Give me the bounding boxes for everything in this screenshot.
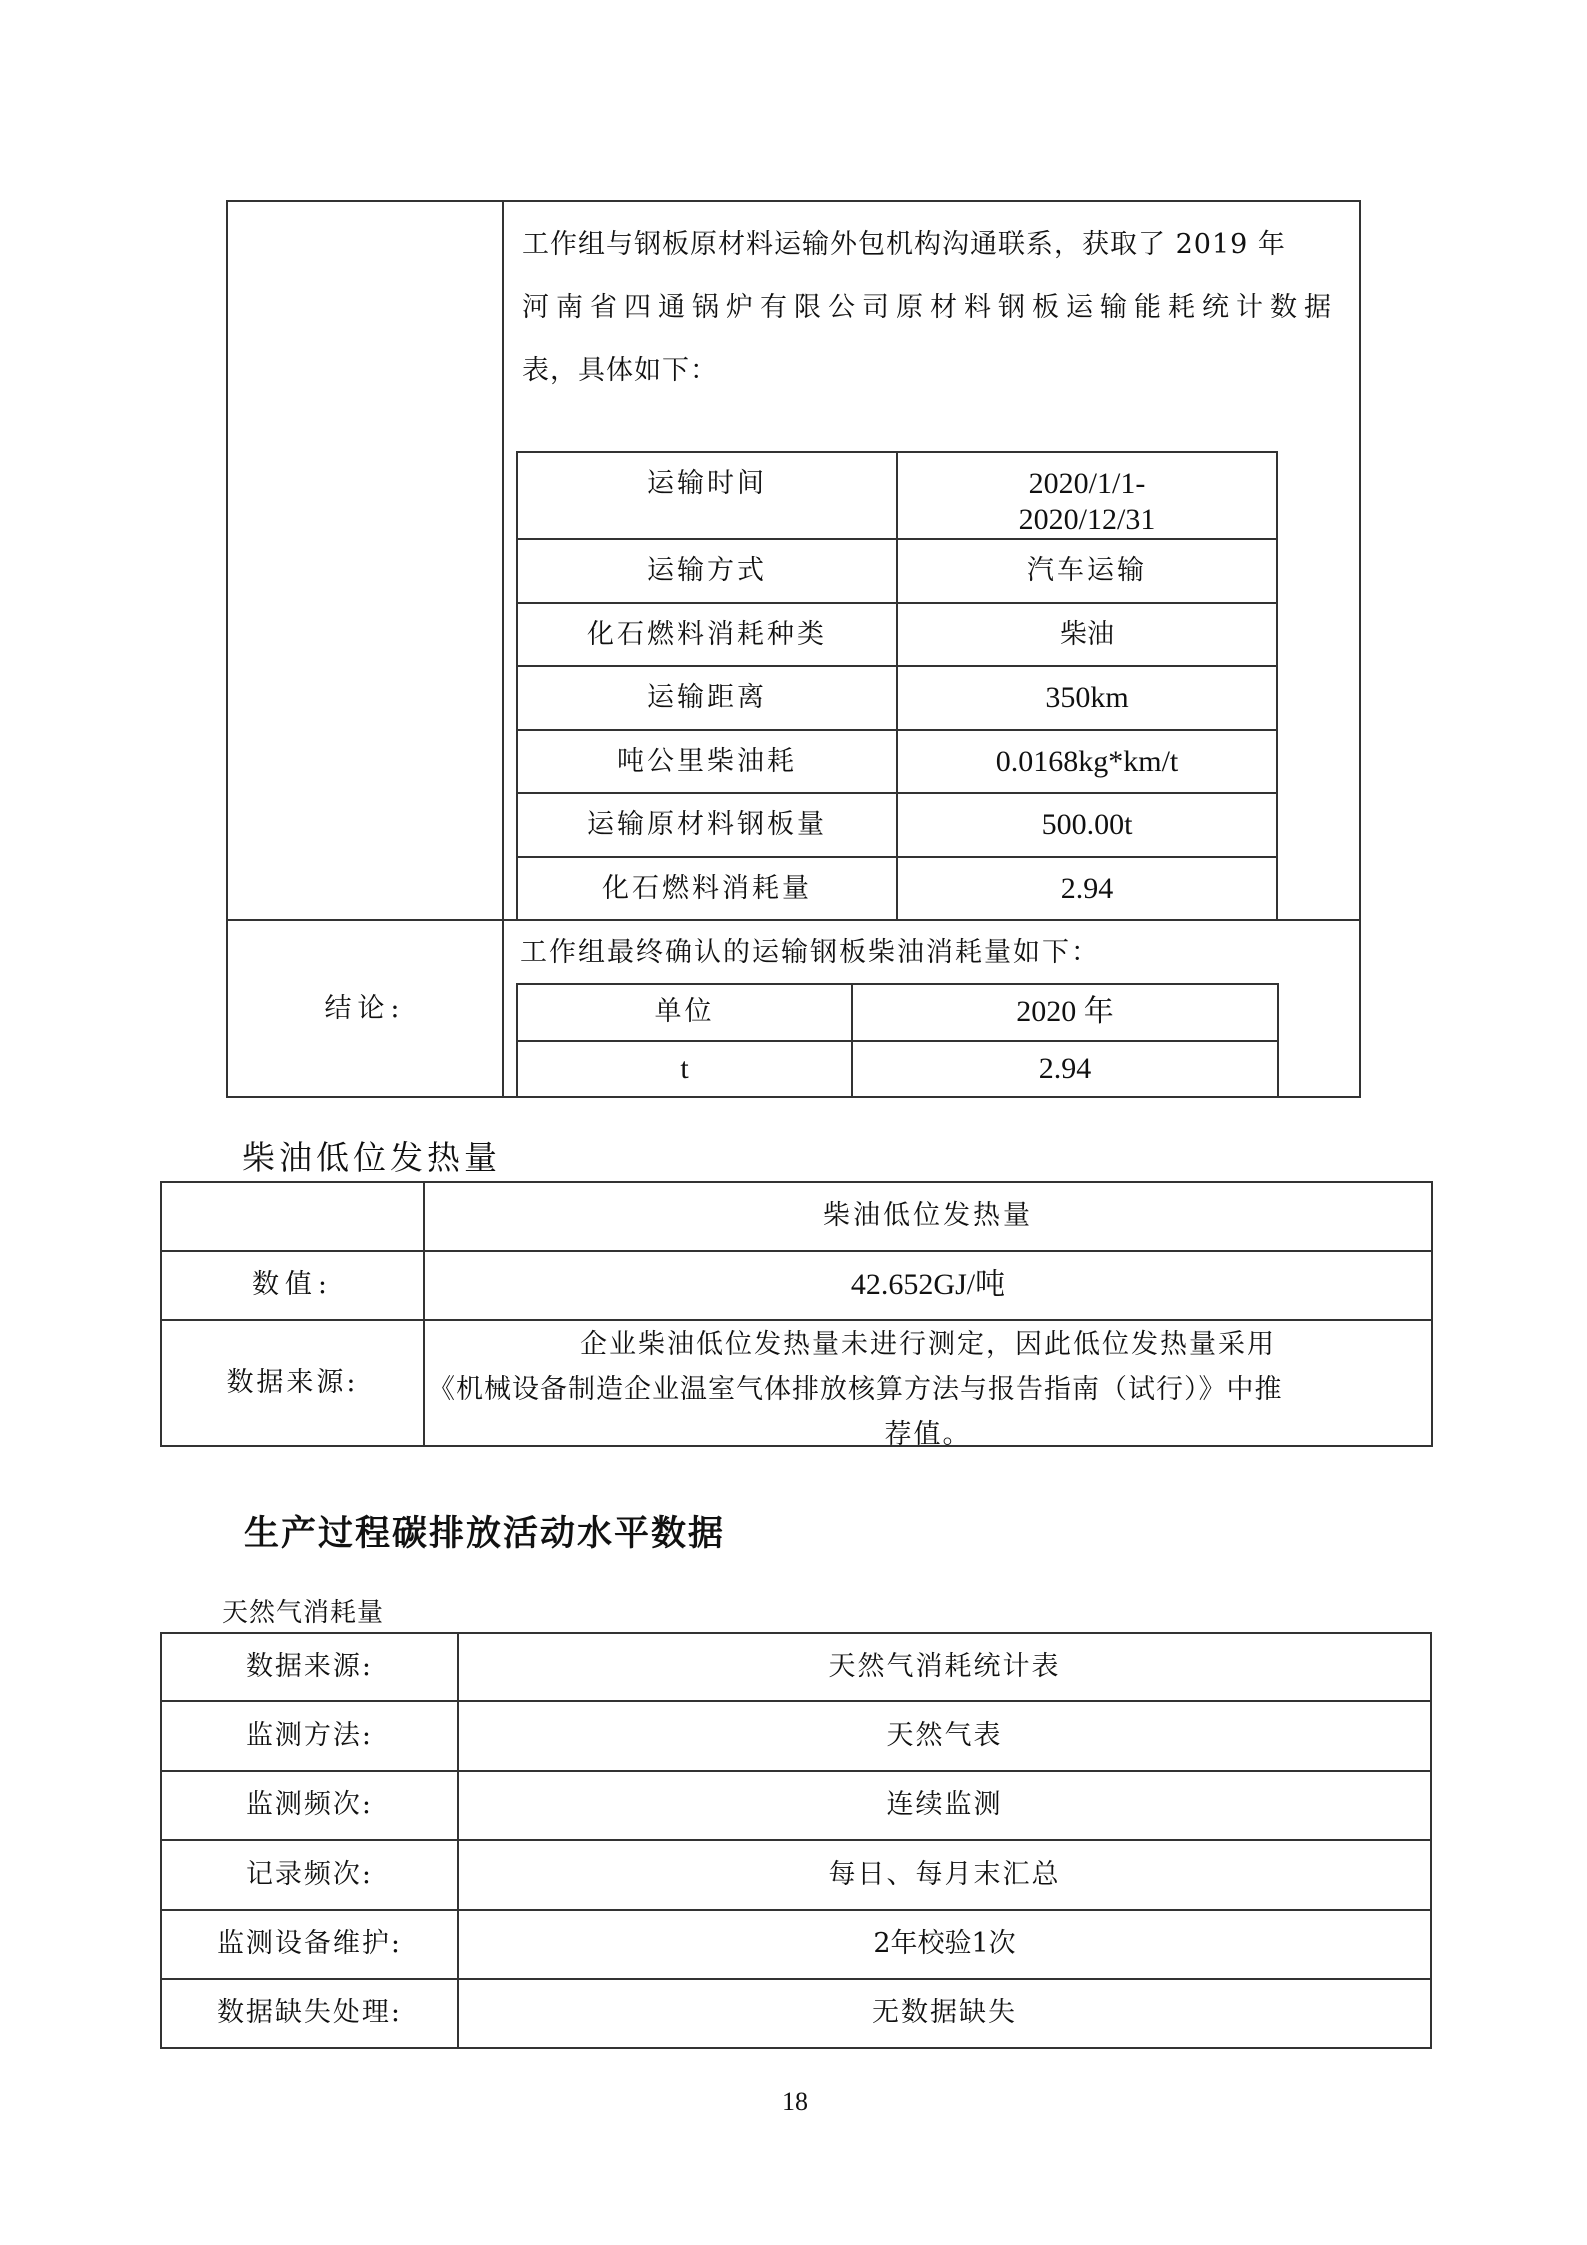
gas-row-label: 数据缺失处理: [161,1979,458,2047]
gas-row-label: 监测方法: [161,1701,458,1770]
gas-row-value: 天然气表 [458,1701,1431,1770]
ncv-source-label: 数据来源: [161,1320,424,1446]
table-row-value: 2020/1/1- 2020/12/31 [897,466,1277,538]
date-range-end: 2020/12/31 [897,502,1277,538]
intro-line: 工作组与钢板原材料运输外包机构沟通联系，获取了 2019 年 [522,213,1352,276]
conclusion-header-year: 2020 年 [852,984,1278,1040]
conclusion-label: 结论: [227,920,503,1097]
conclusion-amount-value: 2.94 [852,1041,1278,1097]
table-row-label: 吨公里柴油耗 [517,730,897,793]
conclusion-header-unit: 单位 [517,984,852,1040]
table-row-value: 500.00t [897,793,1277,856]
ncv-source-text: 企业柴油低位发热量未进行测定，因此低位发热量采用 《机械设备制造企业温室气体排放… [428,1322,1428,1457]
table-row-label: 化石燃料消耗种类 [517,603,897,666]
table-row-value: 0.0168kg*km/t [897,730,1277,793]
conclusion-text: 工作组最终确认的运输钢板柴油消耗量如下： [520,935,1100,971]
ncv-header-title: 柴油低位发热量 [424,1182,1432,1250]
gas-row-value: 无数据缺失 [458,1979,1431,2047]
table-row-value: 柴油 [897,603,1277,666]
table-row-label: 运输时间 [517,462,897,506]
table-row-label: 运输原材料钢板量 [517,793,897,856]
gas-row-label: 记录频次: [161,1840,458,1909]
conclusion-unit-value: t [517,1041,852,1097]
date-range-start: 2020/1/1- [897,466,1277,502]
source-line: 荐值。 [428,1412,1428,1457]
table-row-value: 2.94 [897,857,1277,920]
ncv-value: 42.652GJ/吨 [424,1251,1432,1319]
source-line: 企业柴油低位发热量未进行测定，因此低位发热量采用 [428,1322,1428,1367]
gas-row-value: 连续监测 [458,1771,1431,1839]
transport-intro-paragraph: 工作组与钢板原材料运输外包机构沟通联系，获取了 2019 年 河南省四通锅炉有限… [522,213,1352,402]
table-row-label: 运输方式 [517,539,897,602]
source-line: 《机械设备制造企业温室气体排放核算方法与报告指南（试行）》中推 [428,1367,1428,1412]
gas-row-value: 每日、每月末汇总 [458,1840,1431,1909]
page-number: 18 [745,2086,845,2118]
process-section-heading: 生产过程碳排放活动水平数据 [244,1512,725,1556]
diesel-ncv-heading: 柴油低位发热量 [242,1138,501,1178]
table-row-value: 汽车运输 [897,539,1277,602]
natural-gas-subheading: 天然气消耗量 [222,1597,384,1629]
table-row-label: 运输距离 [517,666,897,729]
gas-row-value: 天然气消耗统计表 [458,1633,1431,1701]
table-row-label: 化石燃料消耗量 [517,857,897,920]
gas-row-label: 数据来源: [161,1633,458,1701]
ncv-header-empty [161,1182,424,1250]
ncv-value-label: 数值: [161,1251,424,1319]
gas-row-label: 监测频次: [161,1771,458,1839]
table-row-value: 350km [897,666,1277,729]
intro-line: 表，具体如下： [522,339,1352,402]
intro-line: 河南省四通锅炉有限公司原材料钢板运输能耗统计数据 [522,276,1352,339]
gas-row-label: 监测设备维护: [161,1910,458,1978]
gas-row-value: 2年校验1次 [458,1910,1431,1978]
